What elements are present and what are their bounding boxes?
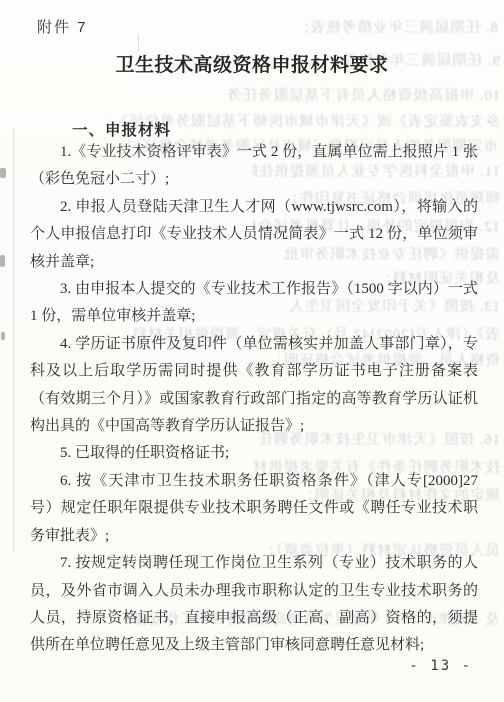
scan-artifact bbox=[0, 168, 6, 178]
paragraph-item-5: 5. 已取得的任职资格证书; bbox=[30, 440, 478, 467]
scan-artifact bbox=[1, 332, 5, 340]
paragraph-item-4: 4. 学历证书原件及复印件（单位需核实并加盖人事部门章），专科及以上后取学历需同… bbox=[30, 331, 478, 441]
scan-artifact bbox=[0, 255, 5, 267]
document-body: 1.《专业技术资格评审表》一式 2 份，直属单位需上报照片 1 张（彩色免冠小二… bbox=[30, 139, 478, 660]
paragraph-item-1: 1.《专业技术资格评审表》一式 2 份，直属单位需上报照片 1 张（彩色免冠小二… bbox=[30, 139, 478, 194]
scan-edge-line bbox=[13, 128, 14, 552]
bleedthrough-line: 8. 任期届满三年业绩考核表； bbox=[240, 20, 498, 36]
paragraph-item-3: 3. 由申报本人提交的《专业技术工作报告》（1500 字以内）一式 1 份，需单… bbox=[30, 276, 478, 331]
paragraph-item-6: 6. 按《天津市卫生技术职务任职资格条件》（津人专[2000]27 号）规定任职… bbox=[30, 468, 478, 550]
section-heading: 一、申报材料 bbox=[72, 118, 171, 140]
attachment-label: 附件 7 bbox=[37, 16, 88, 37]
scanned-document-page: 8. 任期届满三年业绩考核表； 9. 任期届满三年考核表； 10. 申报高级资格… bbox=[0, 0, 504, 702]
bleedthrough-line: 10. 申报高级资格人员有下基层服务任务的，须提供《下 bbox=[228, 88, 500, 104]
document-title: 卫生技术高级资格申报材料要求 bbox=[0, 50, 504, 77]
paragraph-item-7: 7. 按规定转岗聘任现工作岗位卫生系列（专业）技术职务的人员，及外省市调入人员未… bbox=[30, 550, 478, 660]
paragraph-item-2: 2. 申报人员登陆天津卫生人才网（www.tjwsrc.com），将输入的个人申… bbox=[30, 194, 478, 276]
page-number: - 13 - bbox=[409, 658, 472, 674]
